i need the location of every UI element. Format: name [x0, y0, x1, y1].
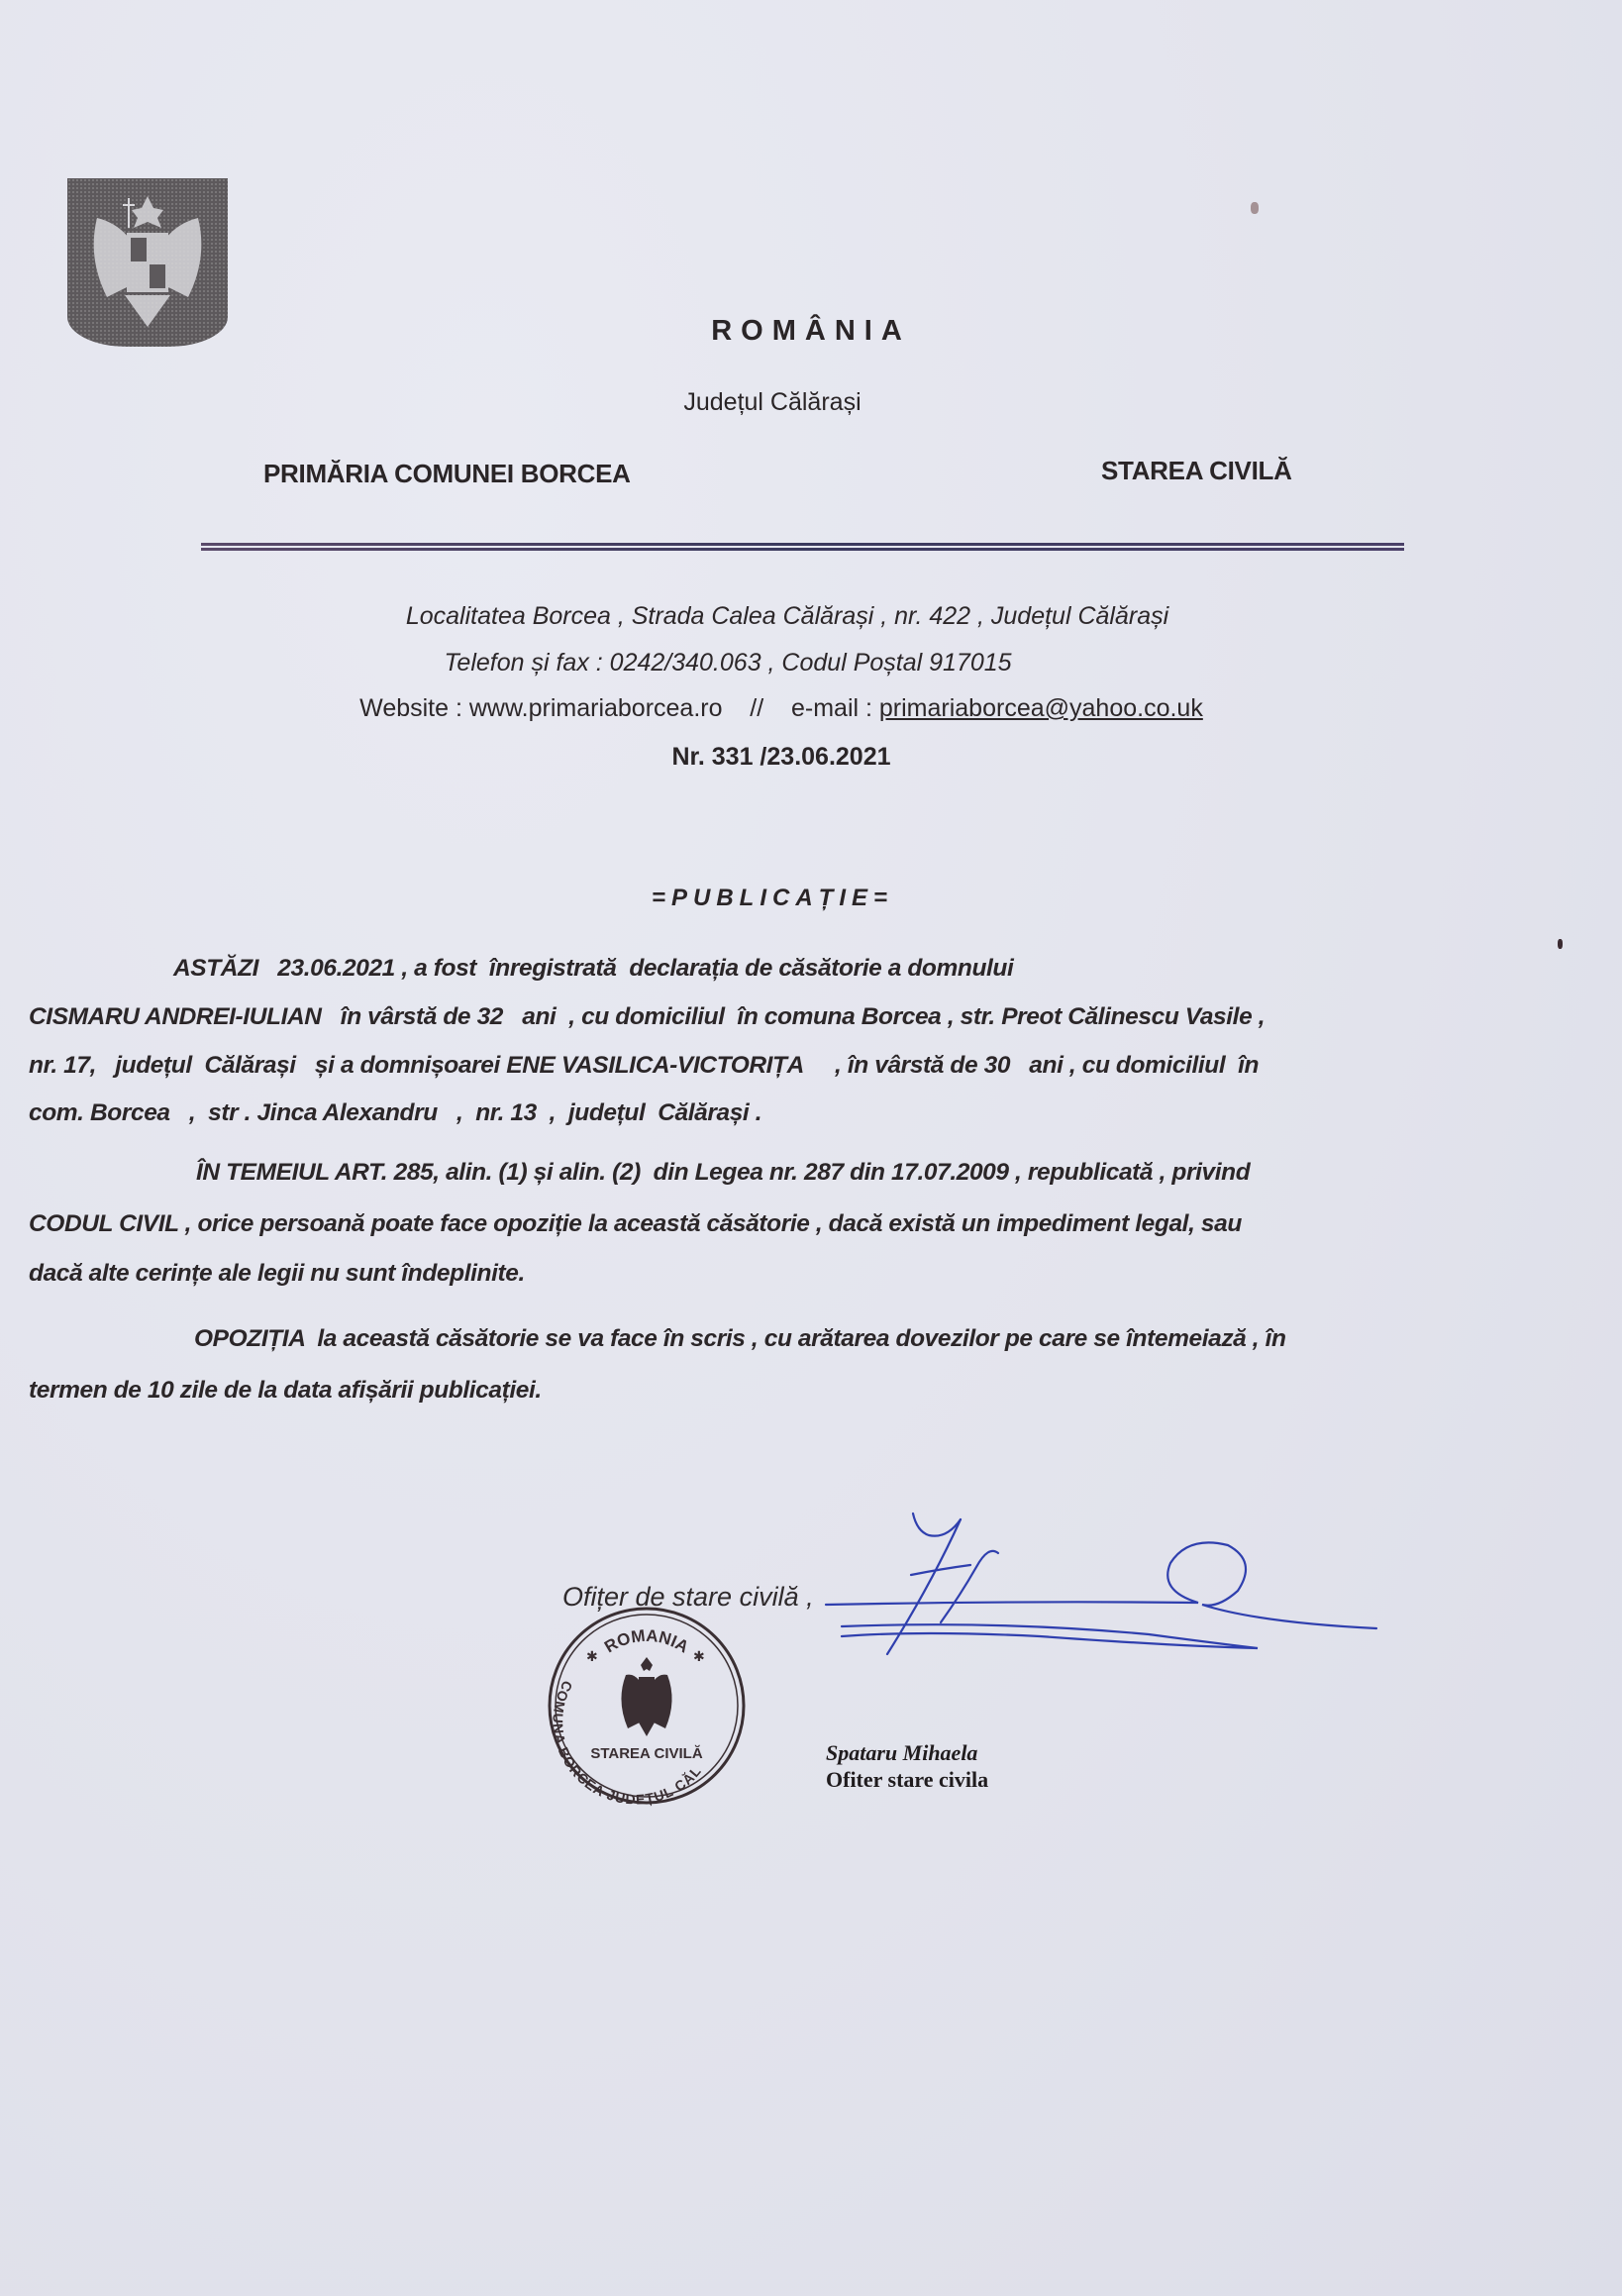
handwritten-signature	[822, 1506, 1396, 1674]
website-link[interactable]: www.primariaborcea.ro	[469, 694, 723, 722]
stamp-eagle-icon	[621, 1657, 671, 1736]
paragraph-1-line-2: CISMARU ANDREI-IULIAN în vârstă de 32 an…	[29, 1003, 1265, 1031]
svg-text:✱: ✱	[693, 1648, 705, 1664]
paragraph-2-line-3: dacă alte cerințe ale legii nu sunt înde…	[29, 1260, 525, 1288]
registration-number: Nr. 331 /23.06.2021	[0, 743, 1563, 772]
paragraph-1-line-4: com. Borcea , str . Jinca Alexandru , nr…	[29, 1099, 761, 1127]
paragraph-3-line-1: OPOZIȚIA la această căsătorie se va face…	[194, 1325, 1286, 1353]
signer-name: Spataru Mihaela	[826, 1740, 977, 1766]
svg-text:ROMANIA: ROMANIA	[601, 1626, 692, 1657]
paragraph-1-line-3: nr. 17, județul Călărași și a domnișoare…	[29, 1052, 1259, 1080]
institution-name: PRIMĂRIA COMUNEI BORCEA	[263, 459, 631, 489]
address-line: Localitatea Borcea , Strada Calea Călăra…	[0, 602, 1574, 631]
paragraph-2-line-2: CODUL CIVIL , orice persoană poate face …	[29, 1210, 1242, 1238]
official-stamp: ROMANIA COMUNA BORCEA JUDEȚUL CĂLĂRAȘI ✱…	[543, 1602, 751, 1810]
country-heading: ROMÂNIA	[0, 315, 1622, 348]
paragraph-1-line-1: ASTĂZI 23.06.2021 , a fost înregistrată …	[173, 955, 1013, 983]
website-label: Website :	[359, 694, 469, 722]
contact-separator: //	[723, 694, 791, 722]
paragraph-3-line-2: termen de 10 zile de la data afișării pu…	[29, 1377, 542, 1405]
paper-speck	[1251, 202, 1259, 214]
stamp-top-text: ROMANIA	[601, 1626, 692, 1657]
signer-title: Ofiter stare civila	[826, 1767, 988, 1793]
svg-text:✱: ✱	[586, 1648, 598, 1664]
web-contact-line: Website : www.primariaborcea.ro // e-mai…	[0, 694, 1563, 723]
county-heading: Județul Călărași	[0, 388, 1545, 417]
department-name: STAREA CIVILĂ	[1101, 456, 1292, 486]
phone-line: Telefon și fax : 0242/340.063 , Codul Po…	[0, 649, 1456, 678]
paragraph-2-line-1: ÎN TEMEIUL ART. 285, alin. (1) și alin. …	[196, 1159, 1250, 1187]
stamp-center-text: STAREA CIVILĂ	[590, 1745, 703, 1762]
paper-speck	[1558, 939, 1563, 949]
email-label: e-mail :	[791, 694, 879, 722]
email-link[interactable]: primariaborcea@yahoo.co.uk	[879, 694, 1203, 722]
header-separator	[201, 543, 1404, 551]
publication-title: =PUBLICAȚIE=	[0, 885, 1545, 912]
